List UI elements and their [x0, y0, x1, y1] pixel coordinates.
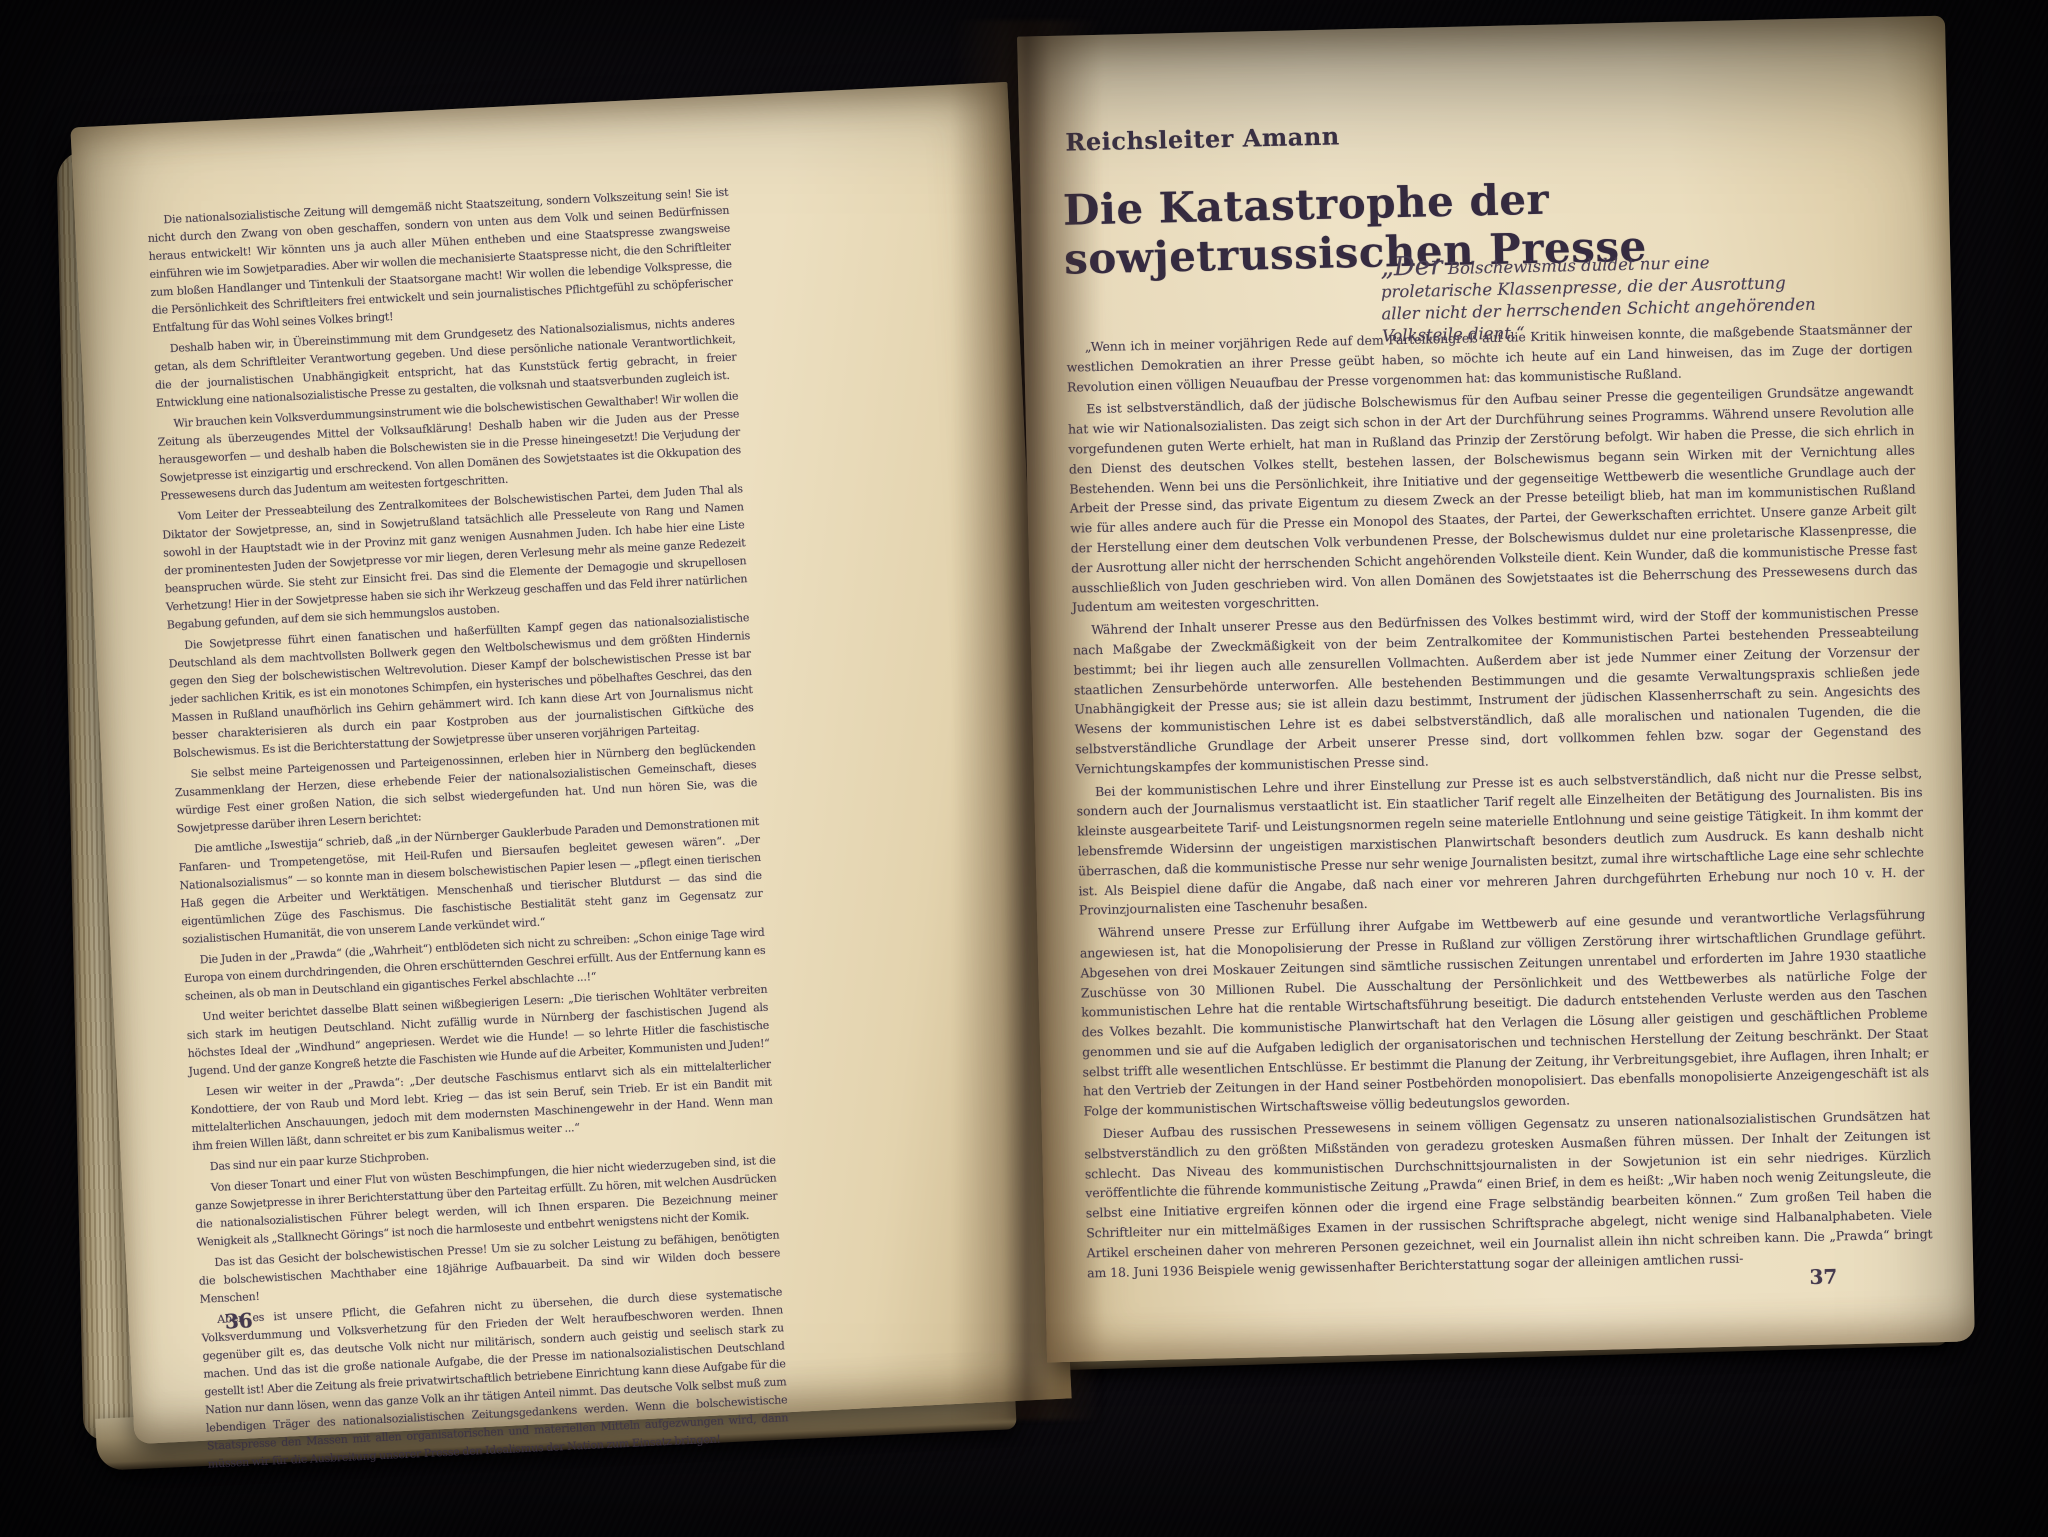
page-number-36: 36 — [224, 1308, 253, 1333]
body-paragraph: Die Sowjetpresse führt einen fanatischen… — [167, 609, 754, 763]
author-line: Reichsleiter Amann — [1065, 121, 1340, 156]
body-paragraph: Die nationalsozialistische Zeitung will … — [147, 184, 734, 338]
body-paragraph: Während unsere Presse zur Erfüllung ihre… — [1079, 904, 1929, 1121]
body-paragraph: Es ist selbstverständlich, daß der jüdis… — [1067, 381, 1918, 618]
page-36-text: Die nationalsozialistische Zeitung will … — [147, 184, 790, 1477]
photo-background: Die nationalsozialistische Zeitung will … — [0, 0, 2048, 1537]
left-page: Die nationalsozialistische Zeitung will … — [70, 82, 1071, 1444]
body-paragraph: Dieser Aufbau des russischen Pressewesen… — [1084, 1105, 1933, 1283]
body-paragraph: Vom Leiter der Presseabteilung des Zentr… — [161, 480, 748, 634]
body-paragraph: Bei der kommunistischen Lehre und ihrer … — [1076, 763, 1925, 921]
page-number-37: 37 — [1809, 1264, 1837, 1289]
body-paragraph: Während der Inhalt unserer Presse aus de… — [1072, 602, 1921, 780]
page-37-text: „Wenn ich in meiner vorjährigen Rede auf… — [1066, 318, 1933, 1285]
right-page: Reichsleiter Amann Die Katastrophe der s… — [1017, 16, 1975, 1363]
body-paragraph: Aber es ist unsere Pflicht, die Gefahren… — [200, 1283, 789, 1473]
pull-quote-lead: „Der — [1380, 251, 1443, 282]
